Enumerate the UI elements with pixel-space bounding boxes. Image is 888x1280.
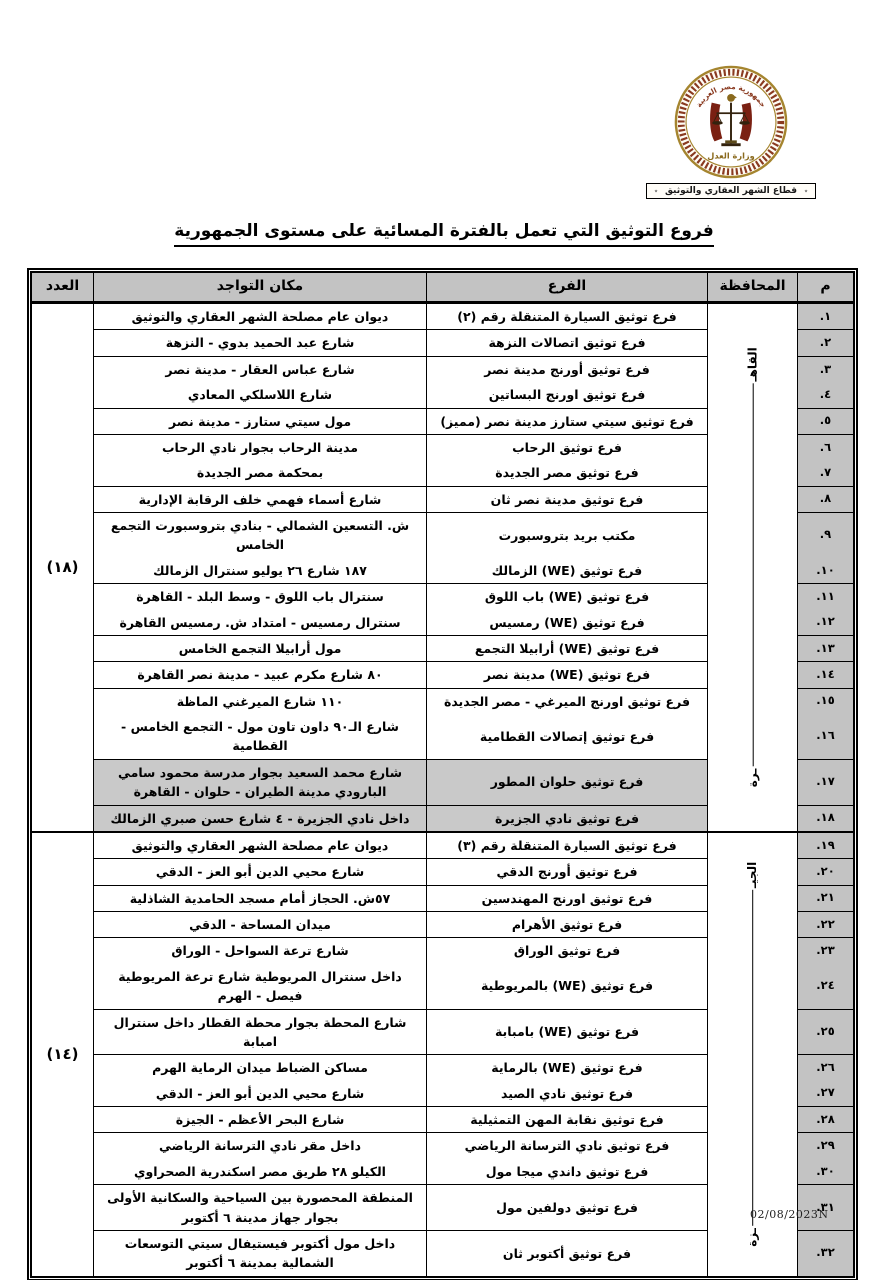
row-number-cell: ١٠. [797, 558, 853, 584]
branch-cell: فرع توثيق سيتي ستارز مدينة نصر (مميز) [426, 409, 707, 435]
row-number-cell: ٧. [797, 460, 853, 486]
date-stamp: 02/08/2023N [750, 1208, 829, 1221]
governorate-rotated-label: الجيــزة [743, 862, 762, 1247]
branch-cell: فرع توثيق اورنج البساتين [426, 382, 707, 408]
count-cell: (١٨) [32, 304, 93, 833]
location-cell: الكيلو ٢٨ طريق مصر اسكندرية الصحراوي [93, 1159, 426, 1185]
row-number-cell: ٨. [797, 487, 853, 513]
row-number-cell: ١٩. [797, 833, 853, 859]
governorate-text-end: ـرة [743, 769, 762, 788]
row-number-cell: ٢٤. [797, 964, 853, 1010]
branch-cell: فرع توثيق اورنج المهندسين [426, 886, 707, 912]
kashida-stretch-line [752, 890, 754, 1226]
count-cell: (١٤) [32, 833, 93, 1276]
branch-cell: فرع توثيق اتصالات النزهة [426, 330, 707, 356]
location-cell: داخل مقر نادي الترسانة الرياضي [93, 1133, 426, 1158]
branch-cell: فرع توثيق (WE) أرابيلا التجمع [426, 636, 707, 662]
row-number-cell: ٤. [797, 382, 853, 408]
branch-cell: فرع توثيق (WE) باب اللوق [426, 584, 707, 609]
row-number-cell: ١٧. [797, 760, 853, 806]
header-num: م [797, 273, 853, 304]
branch-cell: فرع توثيق مصر الجديدة [426, 460, 707, 486]
row-number-cell: ١٢. [797, 610, 853, 636]
location-cell: سنترال رمسيس - امتداد ش. رمسيس القاهرة [93, 610, 426, 636]
location-cell: شارع البحر الأعظم - الجيزة [93, 1107, 426, 1133]
location-cell: ش. التسعين الشمالي - بنادي بتروسبورت الت… [93, 513, 426, 558]
row-number-cell: ٢. [797, 330, 853, 356]
row-number-cell: ٢٥. [797, 1010, 853, 1056]
ministry-of-justice-seal-icon: جمهورية مصر العربية وزارة العدل [673, 64, 789, 180]
branch-cell: فرع توثيق السيارة المتنقلة رقم (٣) [426, 833, 707, 859]
location-cell: مول أرابيلا التجمع الخامس [93, 636, 426, 662]
branch-cell: فرع توثيق (WE) بامبابة [426, 1010, 707, 1056]
location-cell: شارع اللاسلكي المعادي [93, 382, 426, 408]
header-governorate: المحافظة [707, 273, 797, 304]
row-number-cell: ١٤. [797, 662, 853, 688]
branch-cell: فرع توثيق إتصالات القطامية [426, 714, 707, 760]
location-cell: شارع محيي الدين أبو العز - الدقي [93, 859, 426, 885]
branch-cell: فرع توثيق نادي الصيد [426, 1081, 707, 1107]
row-number-cell: ٢٠. [797, 859, 853, 885]
row-number-cell: ٢٧. [797, 1081, 853, 1107]
row-number-cell: ٩. [797, 513, 853, 558]
branch-cell: فرع توثيق (WE) بالمريوطية [426, 964, 707, 1010]
location-cell: مدينة الرحاب بجوار نادي الرحاب [93, 435, 426, 460]
ministry-emblem: جمهورية مصر العربية وزارة العدل ٭ قطاع ا… [656, 64, 806, 199]
row-number-cell: ٢٢. [797, 912, 853, 938]
department-box: ٭ قطاع الشهر العقاري والتوثيق ٭ [646, 183, 816, 199]
branch-cell: فرع توثيق (WE) رمسيس [426, 610, 707, 636]
branch-cell: فرع توثيق الأهرام [426, 912, 707, 938]
location-cell: داخل سنترال المريوطية شارع ترعة المريوطي… [93, 964, 426, 1010]
header-location: مكان التواجد [93, 273, 426, 304]
row-number-cell: ٢٩. [797, 1133, 853, 1158]
row-number-cell: ٥. [797, 409, 853, 435]
row-number-cell: ٢٦. [797, 1055, 853, 1080]
ministry-name-text: وزارة العدل [707, 151, 754, 162]
governorate-text-start: القاهـ [743, 347, 762, 381]
governorate-text-start: الجيـ [743, 862, 762, 888]
box-ornament-right: ٭ [804, 187, 808, 195]
location-cell: مساكن الضباط ميدان الرماية الهرم [93, 1055, 426, 1080]
location-cell: ديوان عام مصلحة الشهر العقاري والتوثيق [93, 304, 426, 330]
location-cell: شارع المحطة بجوار محطة القطار داخل سنترا… [93, 1010, 426, 1056]
row-number-cell: ٣٢. [797, 1231, 853, 1276]
location-cell: المنطقة المحصورة بين السياحية والسكانية … [93, 1185, 426, 1231]
branch-cell: فرع توثيق مدينة نصر ثان [426, 487, 707, 513]
row-number-cell: ١٨. [797, 806, 853, 833]
page-title: فروع التوثيق التي تعمل بالفترة المسائية … [0, 221, 888, 247]
header-count: العدد [32, 273, 93, 304]
row-number-cell: ٣٠. [797, 1159, 853, 1185]
location-cell: ديوان عام مصلحة الشهر العقاري والتوثيق [93, 833, 426, 859]
location-cell: ٨٠ شارع مكرم عبيد - مدينة نصر القاهرة [93, 662, 426, 688]
row-number-cell: ١١. [797, 584, 853, 609]
branch-cell: فرع توثيق السيارة المتنقلة رقم (٢) [426, 304, 707, 330]
branch-cell: فرع توثيق أورنج الدقي [426, 859, 707, 885]
location-cell: شارع الـ٩٠ داون تاون مول - التجمع الخامس… [93, 714, 426, 760]
location-cell: ٥٧ش. الحجاز أمام مسجد الحامدية الشاذلية [93, 886, 426, 912]
row-number-cell: ١. [797, 304, 853, 330]
box-ornament-left: ٭ [654, 187, 658, 195]
branch-cell: فرع توثيق الوراق [426, 938, 707, 963]
branch-cell: فرع توثيق أورنج مدينة نصر [426, 357, 707, 382]
location-cell: شارع محمد السعيد بجوار مدرسة محمود سامي … [93, 760, 426, 806]
row-number-cell: ٢٨. [797, 1107, 853, 1133]
branch-cell: مكتب بريد بتروسبورت [426, 513, 707, 558]
branch-cell: فرع توثيق اورنج الميرغي - مصر الجديدة [426, 689, 707, 714]
location-cell: سنترال باب اللوق - وسط البلد - القاهرة [93, 584, 426, 609]
document-page: { "emblem": { "country_text": "جمهورية م… [0, 0, 888, 1280]
row-number-cell: ١٦. [797, 714, 853, 760]
row-number-cell: ٢١. [797, 886, 853, 912]
branches-table: م المحافظة الفرع مكان التواجد العدد القا… [27, 268, 858, 1280]
row-number-cell: ١٣. [797, 636, 853, 662]
branch-cell: فرع توثيق نادي الترسانة الرياضي [426, 1133, 707, 1158]
location-cell: شارع أسماء فهمي خلف الرقابة الإدارية [93, 487, 426, 513]
branch-cell: فرع توثيق الرحاب [426, 435, 707, 460]
location-cell: ميدان المساحة - الدقي [93, 912, 426, 938]
branch-cell: فرع توثيق أكتوبر ثان [426, 1231, 707, 1276]
location-cell: شارع عباس العقار - مدينة نصر [93, 357, 426, 382]
location-cell: شارع ترعة السواحل - الوراق [93, 938, 426, 963]
branch-cell: فرع توثيق (WE) الزمالك [426, 558, 707, 584]
location-cell: داخل مول أكتوبر فيستيفال سيتي التوسعات ا… [93, 1231, 426, 1276]
branch-cell: فرع توثيق دولفين مول [426, 1185, 707, 1231]
branch-cell: فرع توثيق نادي الجزيرة [426, 806, 707, 833]
governorate-text-end: ـزة [743, 1228, 762, 1247]
page-title-text: فروع التوثيق التي تعمل بالفترة المسائية … [174, 221, 713, 247]
branch-cell: فرع توثيق نقابة المهن التمثيلية [426, 1107, 707, 1133]
branch-cell: فرع توثيق (WE) مدينة نصر [426, 662, 707, 688]
location-cell: ١١٠ شارع الميرغني الماظة [93, 689, 426, 714]
row-number-cell: ٢٣. [797, 938, 853, 963]
branch-cell: فرع توثيق داندي ميجا مول [426, 1159, 707, 1185]
location-cell: شارع محيي الدين أبو العز - الدقي [93, 1081, 426, 1107]
governorate-cell: القاهــرة [707, 304, 797, 833]
location-cell: بمحكمة مصر الجديدة [93, 460, 426, 486]
department-box-label: قطاع الشهر العقاري والتوثيق [665, 186, 797, 196]
location-cell: ١٨٧ شارع ٢٦ يوليو سنترال الزمالك [93, 558, 426, 584]
row-number-cell: ٦. [797, 435, 853, 460]
row-number-cell: ١٥. [797, 689, 853, 714]
location-cell: مول سيتي ستارز - مدينة نصر [93, 409, 426, 435]
location-cell: داخل نادي الجزيرة - ٤ شارع حسن صبري الزم… [93, 806, 426, 833]
header-branch: الفرع [426, 273, 707, 304]
location-cell: شارع عبد الحميد بدوي - النزهة [93, 330, 426, 356]
branch-cell: فرع توثيق حلوان المطور [426, 760, 707, 806]
kashida-stretch-line [752, 384, 754, 767]
branch-cell: فرع توثيق (WE) بالرماية [426, 1055, 707, 1080]
governorate-rotated-label: القاهــرة [743, 347, 762, 787]
row-number-cell: ٣. [797, 357, 853, 382]
